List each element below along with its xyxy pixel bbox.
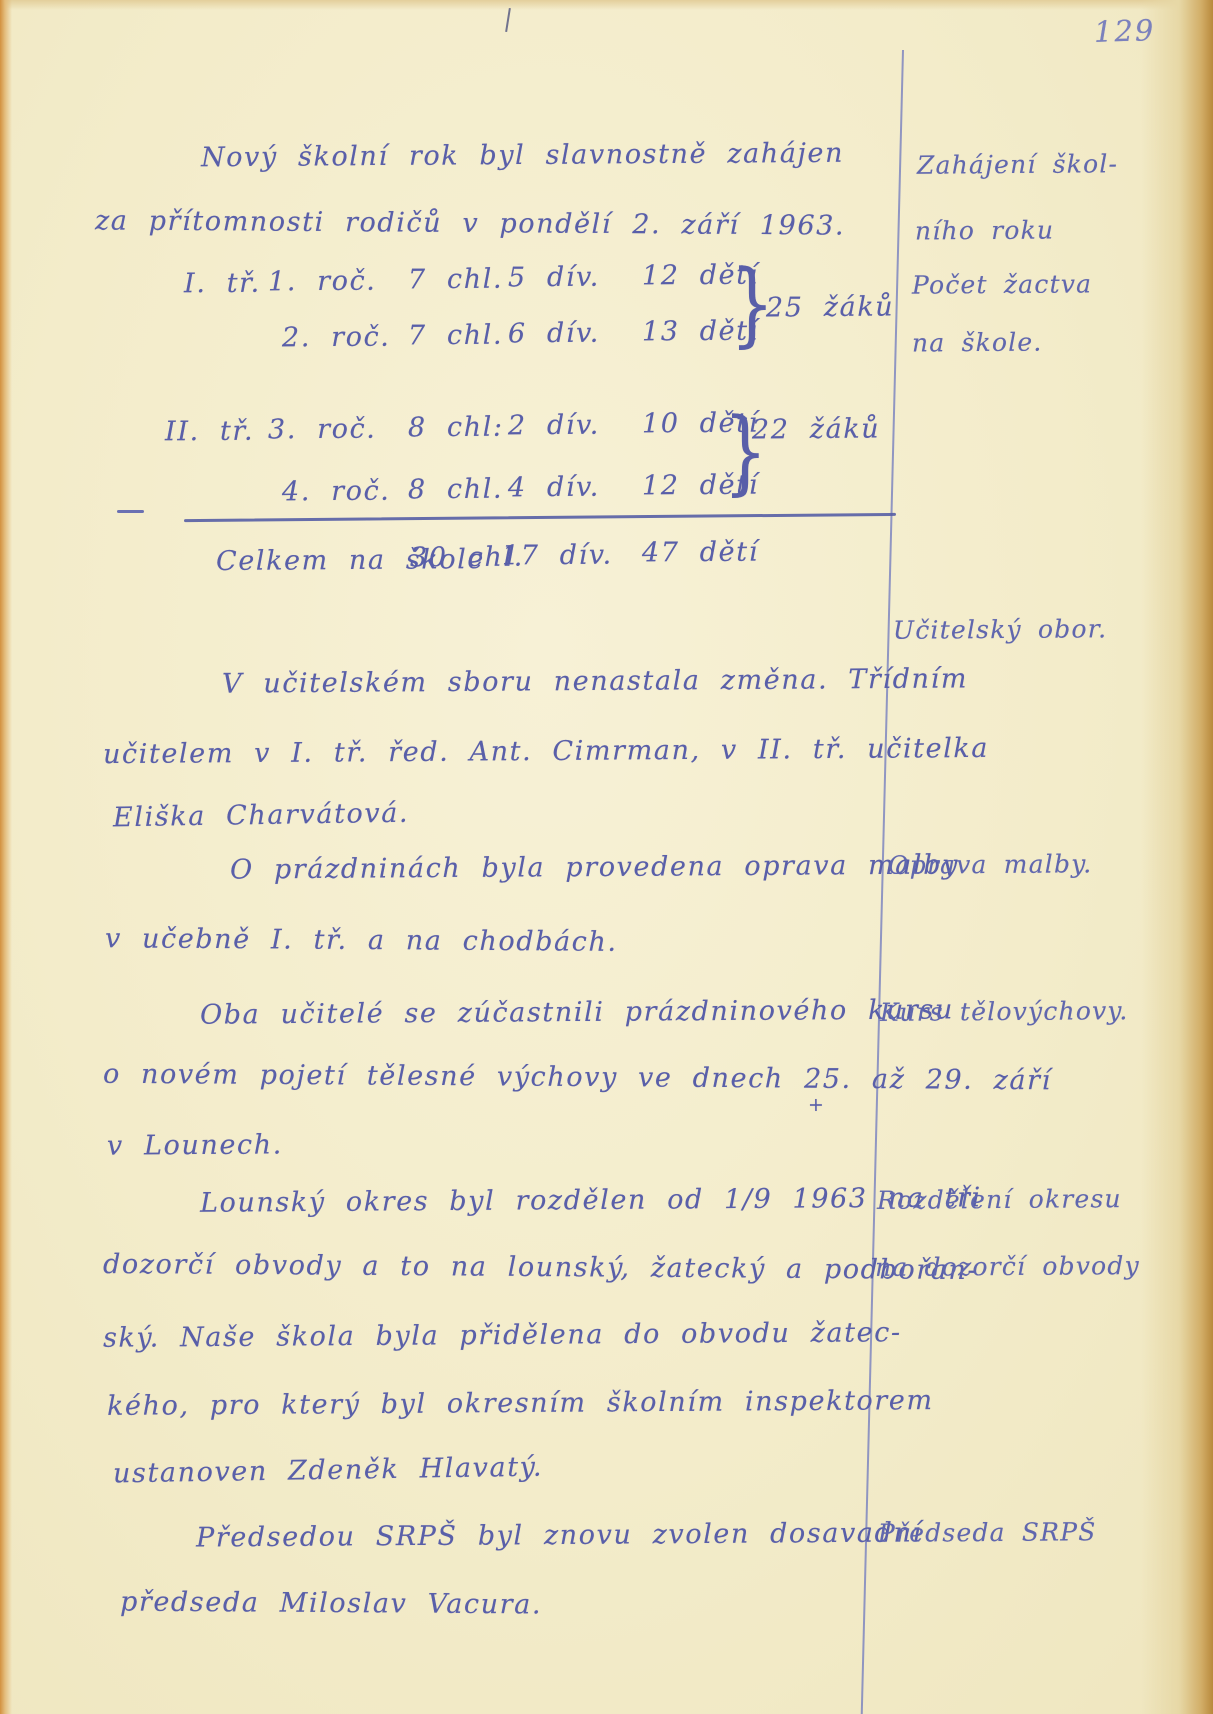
district-line-3: ský. Naše škola byla přidělena do obvodu… [103,1317,902,1354]
district-line-5: ustanoven Zdeněk Hlavatý. [113,1452,544,1490]
table-row2-boys: 7 chl. [408,320,503,352]
group-total-2: 22 žáků [752,414,880,446]
teachers-line-1: V učitelském sboru nenastala změna. Tříd… [222,663,968,699]
margin-note-pupils-1: Počet žactva [912,269,1092,299]
table-row2-girls: 6 dív. [508,318,600,350]
opening-line-1: Nový školní rok byl slavnostně zahájen [201,138,844,173]
district-line-2: dozorčí obvody a to na lounský, žatecký … [103,1249,978,1286]
table-total-rule [184,513,896,522]
opening-line-2: za přítomnosti rodičů v pondělí 2. září … [95,205,845,241]
table-row1-class: I. tř. [184,268,261,300]
table-row4-grade: 4. roč. [282,476,391,508]
table-row1-grade: 1. roč. [268,266,377,298]
table-row1-boys: 7 chl. [408,264,503,296]
course-line-1: Oba učitelé se zúčastnili prázdninového … [200,994,954,1030]
course-correction-mark: + [808,1094,824,1116]
table-row4-boys: 8 chl. [408,474,503,506]
painting-line-1: O prázdninách byla provedena oprava malb… [230,849,959,885]
table-row1-girls: 5 dív. [508,262,600,294]
margin-note-chairman: Předseda SRPŠ [878,1517,1097,1548]
table-total-children: 47 dětí [642,537,759,569]
margin-note-opening-2: ního roku [915,216,1054,246]
table-total-girls: 17 dív. [502,540,613,572]
table-row4-girls: 4 dív. [508,472,600,504]
margin-note-course: Kurs tělovýchovy. [880,996,1129,1027]
group-total-1: 25 žáků [766,292,894,324]
chronicle-page: 129 Nový školní rok byl slavnostně zaháj… [0,0,1213,1714]
margin-note-district-1: Rozdělení okresu [877,1184,1122,1215]
table-row3-girls: 2 dív. [508,410,600,442]
course-line-2: o novém pojetí tělesné výchovy ve dnech … [103,1059,1052,1097]
table-row3-class: II. tř. [165,416,254,448]
table-row3-grade: 3. roč. [268,414,377,446]
left-margin-dash [117,510,144,513]
chairman-line-1: Předsedou SRPŠ byl znovu zvolen dosavadn… [196,1517,923,1553]
stray-pen-mark [505,8,511,32]
painting-line-2: v učebně I. tř. a na chodbách. [105,923,618,958]
margin-note-district-2: na dozorčí obvody [875,1251,1140,1282]
page-number: 129 [1094,13,1156,49]
margin-note-painting: Oprava malby. [888,849,1092,879]
teachers-line-3: Eliška Charvátová. [113,798,410,834]
margin-note-opening-1: Zahájení škol- [917,149,1118,179]
table-row3-boys: 8 chl: [408,412,504,444]
district-line-4: kého, pro který byl okresním školním ins… [107,1385,934,1422]
table-row2-grade: 2. roč. [282,322,391,354]
course-line-3: v Lounech. [107,1129,283,1161]
district-line-1: Lounský okres byl rozdělen od 1/9 1963 n… [200,1182,982,1218]
teachers-line-2: učitelem v I. tř. řed. Ant. Cimrman, v I… [103,733,989,770]
chairman-line-2: předseda Miloslav Vacura. [120,1587,542,1621]
margin-note-pupils-2: na škole. [912,328,1043,358]
margin-note-teachers: Učitelský obor. [893,614,1107,644]
